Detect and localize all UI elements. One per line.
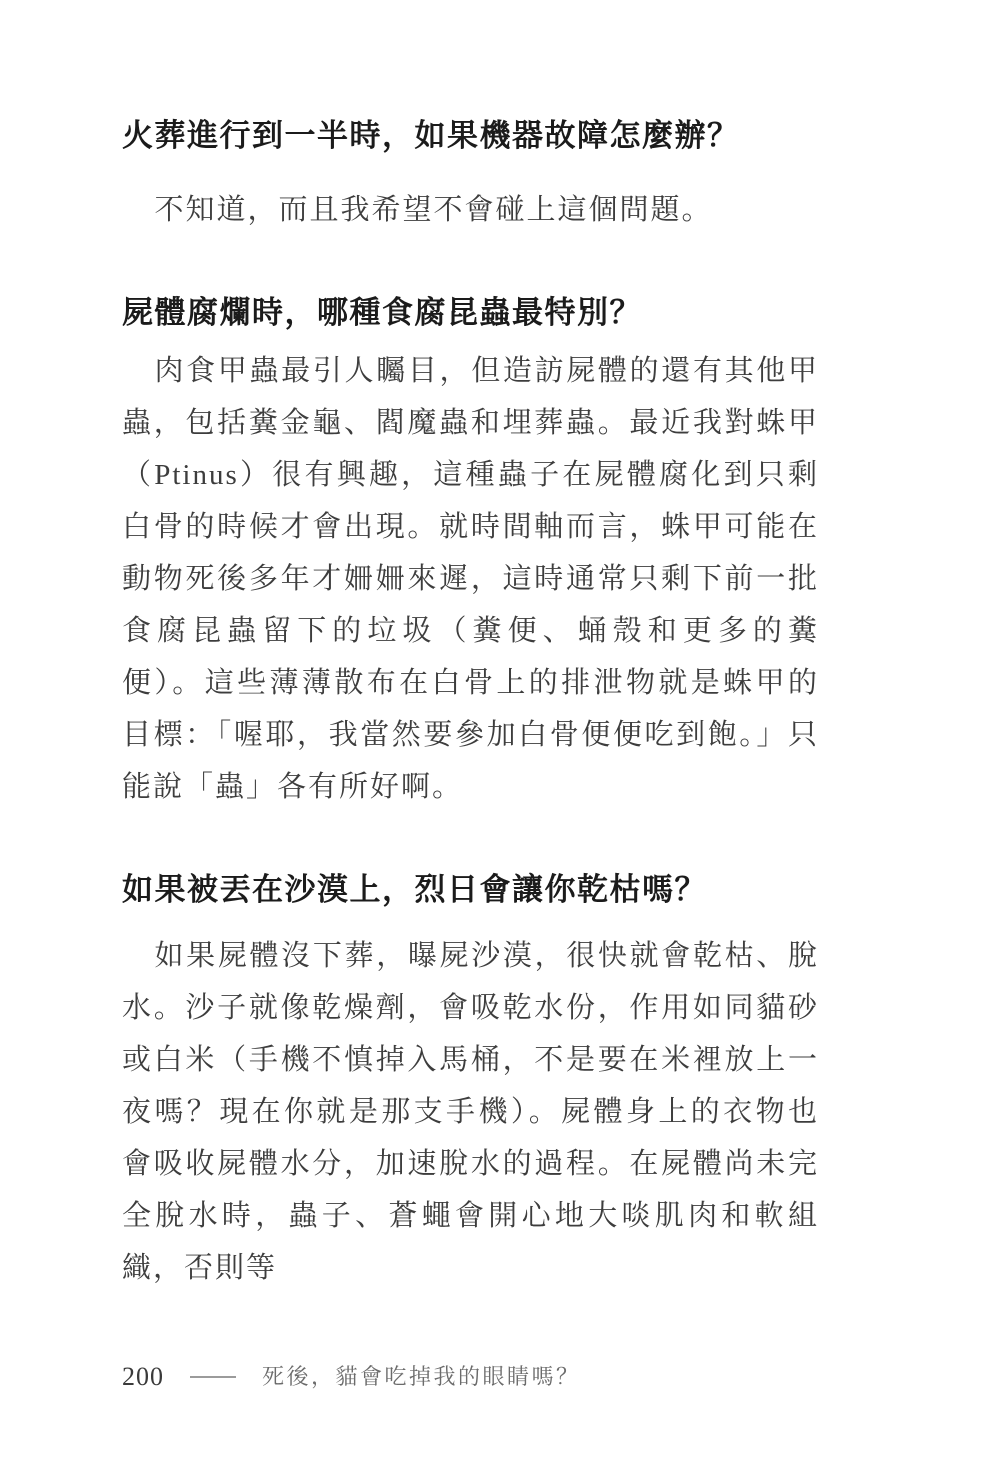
page-content: 火葬進行到一半時，如果機器故障怎麼辦？ 不知道，而且我希望不會碰上這個問題。 屍… (122, 0, 819, 1294)
footer-divider (190, 1376, 236, 1378)
answer-paragraph-cremation-malfunction: 不知道，而且我希望不會碰上這個問題。 (122, 184, 819, 236)
book-page: 火葬進行到一半時，如果機器故障怎麼辦？ 不知道，而且我希望不會碰上這個問題。 屍… (0, 0, 1000, 1476)
page-footer: 200 死後，貓會吃掉我的眼睛嗎？ (122, 1360, 581, 1394)
question-heading-carrion-insects: 屍體腐爛時，哪種食腐昆蟲最特別？ (122, 293, 819, 333)
question-heading-desert-desiccation: 如果被丟在沙漠上，烈日會讓你乾枯嗎？ (122, 870, 819, 910)
page-number: 200 (122, 1360, 164, 1394)
question-heading-cremation-malfunction: 火葬進行到一半時，如果機器故障怎麼辦？ (122, 116, 819, 156)
answer-paragraph-carrion-insects: 肉食甲蟲最引人矚目，但造訪屍體的還有其他甲蟲，包括糞金龜、閻魔蟲和埋葬蟲。最近我… (122, 345, 819, 813)
book-title: 死後，貓會吃掉我的眼睛嗎？ (262, 1360, 581, 1394)
answer-paragraph-desert-desiccation: 如果屍體沒下葬，曝屍沙漠，很快就會乾枯、脫水。沙子就像乾燥劑，會吸乾水份，作用如… (122, 930, 819, 1294)
